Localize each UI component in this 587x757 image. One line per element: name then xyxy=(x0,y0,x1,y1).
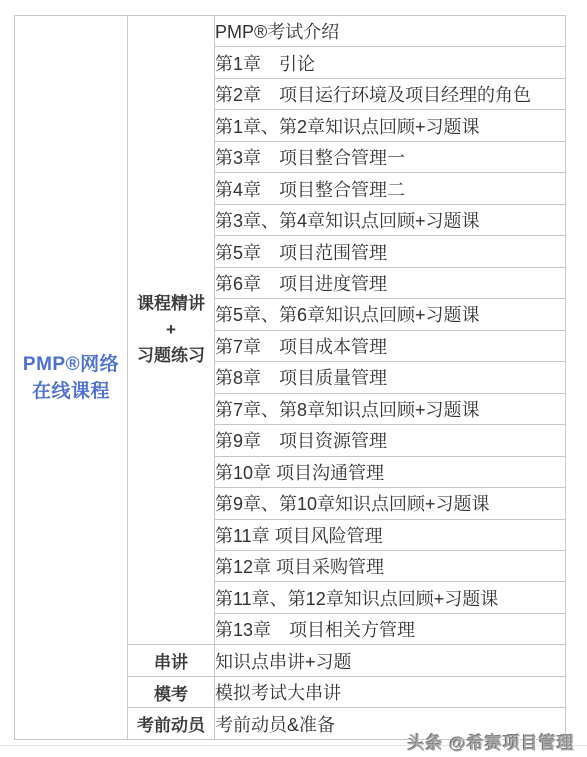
course-row-review-1-2: 第1章、第2章知识点回顾+习题课 xyxy=(215,110,566,141)
program-title-line2: 在线课程 xyxy=(15,378,127,405)
course-row-ch13: 第13章 项目相关方管理 xyxy=(215,613,566,644)
course-row-ch11: 第11章 项目风险管理 xyxy=(215,519,566,550)
course-row-ch1: 第1章 引论 xyxy=(215,47,566,78)
stage-label-line3: 习题练习 xyxy=(128,343,214,369)
course-row-review-5-6: 第5章、第6章知识点回顾+习题课 xyxy=(215,299,566,330)
course-row-ch3: 第3章 项目整合管理一 xyxy=(215,141,566,172)
course-row-intro: PMP®考试介绍 xyxy=(215,16,566,47)
course-row-ch7: 第7章 项目成本管理 xyxy=(215,330,566,361)
stage-mock-exam-label: 模考 xyxy=(128,676,215,707)
course-row-review-3-4: 第3章、第4章知识点回顾+习题课 xyxy=(215,204,566,235)
course-row-review-7-8: 第7章、第8章知识点回顾+习题课 xyxy=(215,393,566,424)
watermark-toutiao: 头条 @希赛项目管理 xyxy=(408,729,575,754)
course-row-ch4: 第4章 项目整合管理二 xyxy=(215,173,566,204)
course-row-ch2: 第2章 项目运行环境及项目经理的角色 xyxy=(215,78,566,109)
course-row-ch9: 第9章 项目资源管理 xyxy=(215,425,566,456)
course-row-mock-exam: 模拟考试大串讲 xyxy=(215,676,566,707)
program-title-cell: PMP®网络 在线课程 xyxy=(15,16,128,740)
course-row-ch6: 第6章 项目进度管理 xyxy=(215,267,566,298)
course-curriculum-table: PMP®网络 在线课程 课程精讲 + 习题练习 PMP®考试介绍 第1章 引论 … xyxy=(14,15,566,740)
course-row-ch8: 第8章 项目质量管理 xyxy=(215,362,566,393)
stage-pre-exam-label: 考前动员 xyxy=(128,708,215,740)
course-row-ch10: 第10章 项目沟通管理 xyxy=(215,456,566,487)
course-row-review-lecture: 知识点串讲+习题 xyxy=(215,645,566,676)
stage-label-line2: + xyxy=(128,317,214,343)
course-row-ch12: 第12章 项目采购管理 xyxy=(215,550,566,581)
stage-label-line1: 课程精讲 xyxy=(128,291,214,317)
course-row-ch5: 第5章 项目范围管理 xyxy=(215,236,566,267)
course-row-review-11-12: 第11章、第12章知识点回顾+习题课 xyxy=(215,582,566,613)
course-row-review-9-10: 第9章、第10章知识点回顾+习题课 xyxy=(215,488,566,519)
stage-lecture-practice-cell: 课程精讲 + 习题练习 xyxy=(128,16,215,645)
program-title-line1: PMP®网络 xyxy=(15,351,127,378)
screenshot-canvas: PMP®网络 在线课程 课程精讲 + 习题练习 PMP®考试介绍 第1章 引论 … xyxy=(0,0,587,757)
stage-review-label: 串讲 xyxy=(128,645,215,676)
table-row: PMP®网络 在线课程 课程精讲 + 习题练习 PMP®考试介绍 xyxy=(15,16,566,47)
